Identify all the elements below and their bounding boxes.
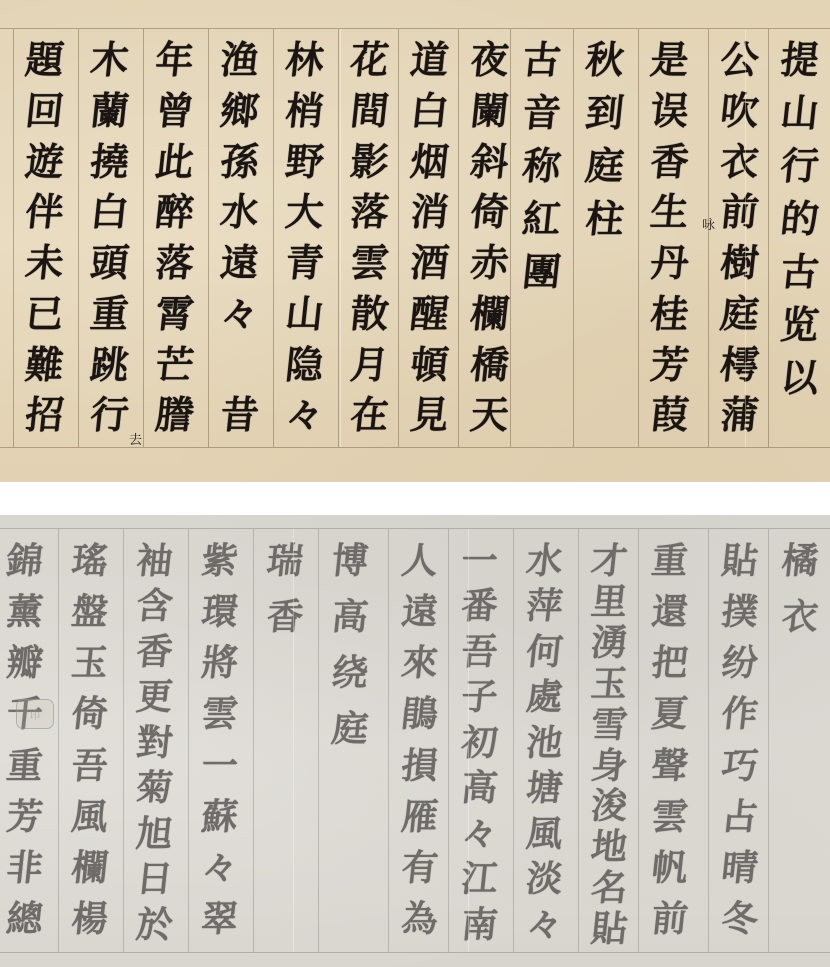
calligraphy-character: 梢 [283, 92, 326, 143]
calligraphy-character: 遠 [399, 594, 440, 645]
calligraphy-character: 山 [778, 94, 822, 147]
calligraphy-scroll-bottom: 橘衣貼撲纷作巧占晴冬重還把夏聲雲帆前才里湧玉雪身浚地名貼水萍何處池塘風淡々一番吾… [0, 515, 830, 967]
calligraphy-scroll-top: 提山行的古览以公吹衣前樹庭樗蒲咏是误香生丹桂芳葭秋到庭柱古音称紅團夜闌斜倚赤欄橋… [0, 0, 830, 482]
calligraphy-character: 览 [778, 306, 822, 359]
ruled-frame-bottom: 橘衣貼撲纷作巧占晴冬重還把夏聲雲帆前才里湧玉雪身浚地名貼水萍何處池塘風淡々一番吾… [0, 528, 830, 953]
calligraphy-character: 玉 [589, 666, 629, 707]
calligraphy-character: 含 [134, 588, 175, 633]
calligraphy-character: 误 [648, 92, 691, 143]
calligraphy-character: 帆 [649, 850, 690, 901]
calligraphy-character: 醉 [153, 193, 196, 244]
text-column: 紫環將雲一蘇々翠 [188, 529, 250, 952]
calligraphy-character: 倚 [69, 696, 110, 747]
calligraphy-character: 來 [399, 645, 440, 696]
calligraphy-character: 曾 [153, 92, 196, 143]
calligraphy-character: 天 [468, 396, 511, 447]
text-column: 秋到庭柱 [573, 29, 635, 447]
calligraphy-character: 夜 [468, 41, 511, 92]
calligraphy-character: 為 [399, 901, 440, 952]
calligraphy-character: 名 [589, 870, 629, 911]
calligraphy-character: 萍 [524, 588, 565, 633]
text-column: 瑞香 [253, 529, 315, 952]
calligraphy-character: 翠 [199, 901, 240, 952]
calligraphy-character: 吹 [718, 92, 761, 143]
calligraphy-character: 未 [23, 244, 66, 295]
calligraphy-character: 隐 [283, 346, 326, 397]
calligraphy-character: 盤 [69, 594, 110, 645]
calligraphy-character: 白 [88, 193, 131, 244]
calligraphy-character: 提 [778, 41, 822, 94]
calligraphy-character: 山 [283, 295, 326, 346]
calligraphy-character: 南 [459, 907, 500, 952]
calligraphy-character: 橋 [468, 346, 511, 397]
text-column: 夜闌斜倚赤欄橋天 [458, 29, 520, 447]
calligraphy-character: 遠 [218, 244, 261, 295]
calligraphy-character: 撓 [88, 143, 131, 194]
calligraphy-character: 環 [199, 594, 240, 645]
calligraphy-character: 是 [648, 41, 691, 92]
calligraphy-character: 瑤 [69, 543, 110, 594]
calligraphy-character: 塘 [524, 770, 565, 815]
calligraphy-character: 番 [459, 588, 500, 633]
calligraphy-character: 前 [649, 901, 690, 952]
white-divider [0, 482, 830, 515]
calligraphy-character: 生 [648, 193, 691, 244]
calligraphy-character: 衣 [718, 143, 761, 194]
marginal-note: 咏 [702, 219, 715, 232]
calligraphy-character: 在 [348, 396, 391, 447]
calligraphy-character: 烟 [408, 143, 451, 194]
calligraphy-character: 香 [648, 143, 691, 194]
calligraphy-character: 鵑 [399, 696, 440, 747]
calligraphy-character: 葭 [648, 396, 691, 447]
calligraphy-character: 々 [218, 295, 261, 346]
calligraphy-character: 地 [589, 829, 629, 870]
calligraphy-character: 高 [459, 770, 500, 815]
paper-seam [468, 529, 469, 952]
calligraphy-character: 香 [264, 599, 306, 655]
calligraphy-character: 公 [718, 41, 761, 92]
calligraphy-character: 昔 [218, 396, 261, 447]
text-column: 瑤盤玉倚吾風欄楊 [58, 529, 120, 952]
calligraphy-character: 占 [719, 799, 760, 850]
text-column: 人遠來鵑損雁有為 [388, 529, 450, 952]
calligraphy-character: 湧 [589, 625, 629, 666]
calligraphy-character: 庭 [718, 295, 761, 346]
calligraphy-character: 前 [718, 193, 761, 244]
calligraphy-character: 重 [649, 543, 690, 594]
calligraphy-character: 菊 [134, 770, 175, 815]
calligraphy-character: 瑞 [264, 543, 306, 599]
text-column: 林梢野大青山隐々 [273, 29, 335, 447]
calligraphy-character: 人 [399, 543, 440, 594]
calligraphy-character: 称 [520, 147, 564, 200]
calligraphy-character: 桂 [648, 295, 691, 346]
calligraphy-character: 雲 [199, 696, 240, 747]
calligraphy-character: 博 [329, 543, 371, 599]
calligraphy-character: 日 [134, 861, 175, 906]
calligraphy-character: 霄 [153, 295, 196, 346]
calligraphy-character: 欄 [69, 850, 110, 901]
calligraphy-character: 池 [524, 725, 565, 770]
calligraphy-character: 影 [348, 143, 391, 194]
calligraphy-character: 道 [408, 41, 451, 92]
text-column: 水萍何處池塘風淡々 [513, 529, 575, 952]
calligraphy-character: 音 [520, 94, 564, 147]
calligraphy-character: 將 [199, 645, 240, 696]
calligraphy-character: 貼 [589, 911, 629, 952]
calligraphy-character: 把 [649, 645, 690, 696]
calligraphy-character: 到 [583, 94, 627, 147]
calligraphy-character: 何 [524, 634, 565, 679]
calligraphy-character: 年 [153, 41, 196, 92]
calligraphy-character: 行 [88, 396, 131, 447]
calligraphy-character: 赤 [468, 244, 511, 295]
calligraphy-character: 江 [459, 861, 500, 906]
calligraphy-character: 庭 [329, 711, 371, 767]
calligraphy-character: 袖 [134, 543, 175, 588]
calligraphy-character: 々 [459, 816, 500, 861]
seal-stamp: 印 [16, 699, 54, 729]
text-column: 博高绕庭 [318, 529, 380, 952]
calligraphy-character: 跳 [88, 346, 131, 397]
calligraphy-character: 遊 [23, 143, 66, 194]
calligraphy-character: 才 [589, 543, 629, 584]
text-column: 才里湧玉雪身浚地名貼 [578, 529, 640, 952]
calligraphy-character: 回 [23, 92, 66, 143]
text-column: 錦薰瓣千重芳非總 [0, 529, 55, 952]
calligraphy-character: 散 [348, 295, 391, 346]
calligraphy-character: 撲 [719, 594, 760, 645]
calligraphy-character: 醒 [408, 295, 451, 346]
calligraphy-character: 浚 [589, 788, 629, 829]
calligraphy-character: 子 [459, 679, 500, 724]
calligraphy-character: 野 [283, 143, 326, 194]
text-column: 提山行的古览以 [768, 29, 830, 447]
calligraphy-character: 闌 [468, 92, 511, 143]
calligraphy-character: 團 [520, 253, 564, 306]
calligraphy-character: 聲 [649, 748, 690, 799]
calligraphy-character: 酒 [408, 244, 451, 295]
calligraphy-character: 間 [348, 92, 391, 143]
calligraphy-character: 伴 [23, 193, 66, 244]
calligraphy-character: 錦 [4, 543, 45, 594]
calligraphy-character: 頭 [88, 244, 131, 295]
calligraphy-character: 此 [153, 143, 196, 194]
calligraphy-character: 庭 [583, 147, 627, 200]
calligraphy-character: 橘 [779, 543, 821, 599]
calligraphy-character: 消 [408, 193, 451, 244]
calligraphy-character: 以 [778, 359, 822, 412]
calligraphy-character: 雁 [399, 799, 440, 850]
calligraphy-character [237, 346, 242, 397]
text-column: 袖含香更對菊旭日於 [123, 529, 185, 952]
text-column: 是误香生丹桂芳葭 [638, 29, 700, 447]
text-column: 木蘭撓白頭重跳行 [78, 29, 140, 447]
calligraphy-character: 木 [88, 41, 131, 92]
calligraphy-character: 欄 [468, 295, 511, 346]
calligraphy-character: 初 [459, 725, 500, 770]
text-column: 年曾此醉落霄芒謄 [143, 29, 205, 447]
paper-seam [745, 29, 746, 447]
calligraphy-character: 的 [778, 200, 822, 253]
calligraphy-character: 樹 [718, 244, 761, 295]
calligraphy-character: 青 [283, 244, 326, 295]
text-column: 重還把夏聲雲帆前 [638, 529, 700, 952]
calligraphy-character: 衣 [779, 599, 821, 655]
calligraphy-character: 柱 [583, 200, 627, 253]
calligraphy-character: 倚 [468, 193, 511, 244]
calligraphy-character: 風 [69, 799, 110, 850]
calligraphy-character: 紫 [199, 543, 240, 594]
calligraphy-character: 落 [348, 193, 391, 244]
calligraphy-character: 一 [199, 748, 240, 799]
calligraphy-character: 大 [283, 193, 326, 244]
calligraphy-character: 夏 [649, 696, 690, 747]
calligraphy-character: 還 [649, 594, 690, 645]
calligraphy-character: 落 [153, 244, 196, 295]
calligraphy-character: 雪 [589, 707, 629, 748]
calligraphy-character: 一 [459, 543, 500, 588]
calligraphy-character: 玉 [69, 645, 110, 696]
calligraphy-character: 行 [778, 147, 822, 200]
calligraphy-character: 巧 [719, 748, 760, 799]
calligraphy-character: 丹 [648, 244, 691, 295]
calligraphy-character: 冬 [719, 901, 760, 952]
calligraphy-character: 謄 [153, 396, 196, 447]
calligraphy-character: 身 [589, 748, 629, 789]
calligraphy-character: 紅 [520, 200, 564, 253]
calligraphy-character: 高 [329, 599, 371, 655]
calligraphy-character: 水 [218, 193, 261, 244]
calligraphy-character: 題 [23, 41, 66, 92]
calligraphy-character: 難 [23, 346, 66, 397]
calligraphy-character: 纷 [719, 645, 760, 696]
calligraphy-character: 芒 [153, 346, 196, 397]
calligraphy-character: 蒲 [718, 396, 761, 447]
calligraphy-character: 旭 [134, 816, 175, 861]
ruled-frame-top: 提山行的古览以公吹衣前樹庭樗蒲咏是误香生丹桂芳葭秋到庭柱古音称紅團夜闌斜倚赤欄橋… [0, 28, 830, 448]
text-column: 道白烟消酒醒頓見 [398, 29, 460, 447]
text-column: 貼撲纷作巧占晴冬 [708, 529, 770, 952]
calligraphy-character: 重 [4, 748, 45, 799]
paper-seam [340, 29, 341, 447]
calligraphy-character: 瓣 [4, 645, 45, 696]
calligraphy-character: 渔 [218, 41, 261, 92]
calligraphy-character: 斜 [468, 143, 511, 194]
calligraphy-character: 晴 [719, 850, 760, 901]
calligraphy-character: 白 [408, 92, 451, 143]
calligraphy-character: 樗 [718, 346, 761, 397]
text-column: 橘衣 [768, 529, 830, 952]
calligraphy-character: 鄉 [218, 92, 261, 143]
calligraphy-character: 於 [134, 907, 175, 952]
paper-seam [293, 529, 294, 952]
calligraphy-character: 見 [408, 396, 451, 447]
calligraphy-character: 花 [348, 41, 391, 92]
calligraphy-character: 薰 [4, 594, 45, 645]
calligraphy-character: 绕 [329, 655, 371, 711]
calligraphy-character: 作 [719, 696, 760, 747]
calligraphy-character: 貼 [719, 543, 760, 594]
calligraphy-character: 芳 [648, 346, 691, 397]
calligraphy-character: 招 [23, 396, 66, 447]
calligraphy-character: 蘭 [88, 92, 131, 143]
calligraphy-character: 損 [399, 748, 440, 799]
text-column: 一番吾子初高々江南 [448, 529, 510, 952]
calligraphy-character: 々 [524, 907, 565, 952]
calligraphy-character: 淡 [524, 861, 565, 906]
calligraphy-character: 有 [399, 850, 440, 901]
calligraphy-character: 楊 [69, 901, 110, 952]
calligraphy-character: 對 [134, 725, 175, 770]
text-column: 花間影落雲散月在 [338, 29, 400, 447]
calligraphy-character: 古 [520, 41, 564, 94]
calligraphy-character: 芳 [4, 799, 45, 850]
calligraphy-character: 月 [348, 346, 391, 397]
text-column: 渔鄉孫水遠々昔 [208, 29, 270, 447]
calligraphy-character: 非 [4, 850, 45, 901]
calligraphy-character: 香 [134, 634, 175, 679]
calligraphy-character: 吾 [69, 748, 110, 799]
calligraphy-character: 孫 [218, 143, 261, 194]
calligraphy-character: 里 [589, 584, 629, 625]
calligraphy-character: 處 [524, 679, 565, 724]
calligraphy-character: 々 [199, 850, 240, 901]
calligraphy-character: 々 [283, 396, 326, 447]
calligraphy-character: 頓 [408, 346, 451, 397]
calligraphy-character: 雲 [649, 799, 690, 850]
calligraphy-character: 更 [134, 679, 175, 724]
calligraphy-character: 總 [4, 901, 45, 952]
calligraphy-character: 林 [283, 41, 326, 92]
calligraphy-character: 蘇 [199, 799, 240, 850]
calligraphy-character: 古 [778, 253, 822, 306]
calligraphy-character: 風 [524, 816, 565, 861]
calligraphy-character: 已 [23, 295, 66, 346]
calligraphy-character: 秋 [583, 41, 627, 94]
calligraphy-character: 吾 [459, 634, 500, 679]
calligraphy-character: 水 [524, 543, 565, 588]
calligraphy-character: 雲 [348, 244, 391, 295]
calligraphy-character: 重 [88, 295, 131, 346]
text-column: 題回遊伴未已難招 [13, 29, 75, 447]
text-column: 公吹衣前樹庭樗蒲 [708, 29, 770, 447]
